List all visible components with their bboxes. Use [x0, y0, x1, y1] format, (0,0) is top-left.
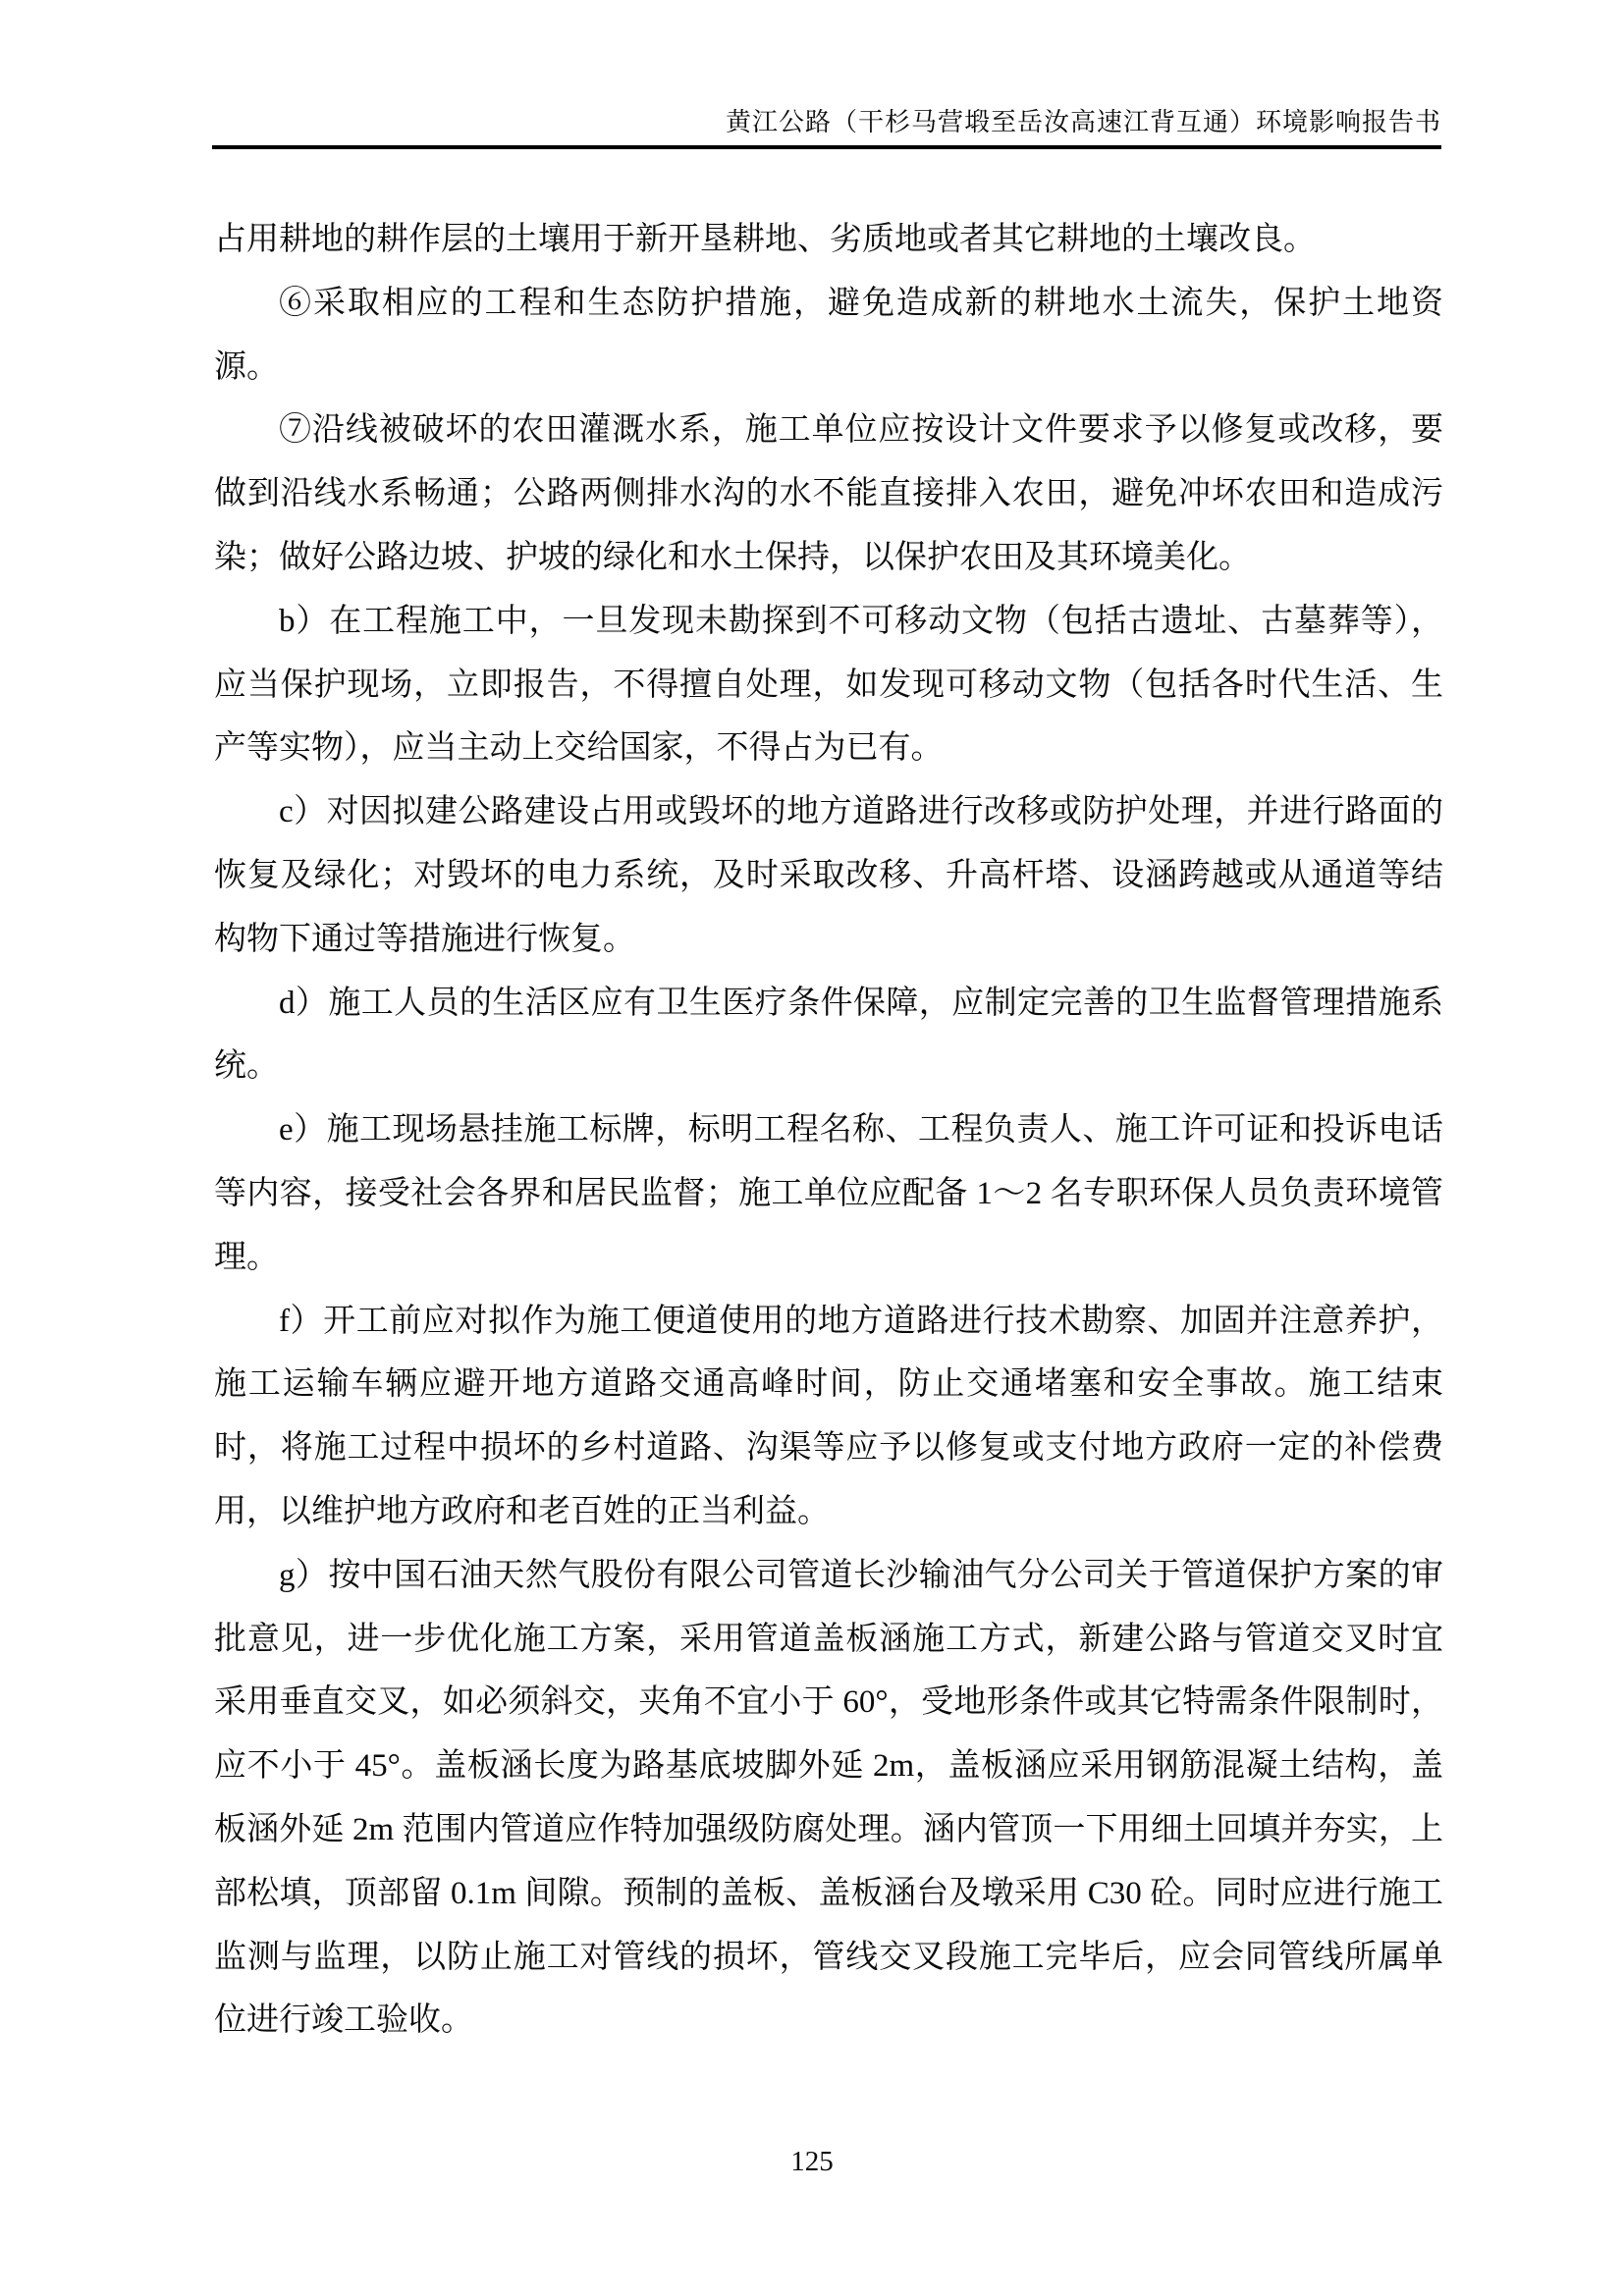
document-page: 黄江公路（干杉马营塅至岳汝高速江背互通）环境影响报告书 占用耕地的耕作层的土壤用…: [0, 0, 1624, 2296]
paragraph: g）按中国石油天然气股份有限公司管道长沙输油气分公司关于管道保护方案的审批意见，…: [214, 1544, 1443, 2053]
page-number: 125: [790, 2146, 834, 2177]
paragraph: e）施工现场悬挂施工标牌，标明工程名称、工程负责人、施工许可证和投诉电话等内容，…: [214, 1098, 1443, 1289]
paragraph: ⑦沿线被破坏的农田灌溉水系，施工单位应按设计文件要求予以修复或改移，要做到沿线水…: [214, 399, 1443, 589]
paragraph: f）开工前应对拟作为施工便道使用的地方道路进行技术勘察、加固并注意养护，施工运输…: [214, 1290, 1443, 1544]
page-header: 黄江公路（干杉马营塅至岳汝高速江背互通）环境影响报告书: [212, 0, 1441, 149]
document-body: 占用耕地的耕作层的土壤用于新开垦耕地、劣质地或者其它耕地的土壤改良。 ⑥采取相应…: [214, 208, 1443, 2053]
header-rule: [212, 145, 1441, 149]
paragraph: c）对因拟建公路建设占用或毁坏的地方道路进行改移或防护处理，并进行路面的恢复及绿…: [214, 780, 1443, 971]
paragraph: 占用耕地的耕作层的土壤用于新开垦耕地、劣质地或者其它耕地的土壤改良。: [214, 208, 1443, 272]
paragraph: ⑥采取相应的工程和生态防护措施，避免造成新的耕地水土流失，保护土地资源。: [214, 272, 1443, 400]
page-footer: 125: [0, 2146, 1624, 2178]
paragraph: b）在工程施工中，一旦发现未勘探到不可移动文物（包括古遗址、古墓葬等），应当保护…: [214, 590, 1443, 780]
paragraph: d）施工人员的生活区应有卫生医疗条件保障，应制定完善的卫生监督管理措施系统。: [214, 972, 1443, 1099]
header-title: 黄江公路（干杉马营塅至岳汝高速江背互通）环境影响报告书: [212, 0, 1441, 137]
